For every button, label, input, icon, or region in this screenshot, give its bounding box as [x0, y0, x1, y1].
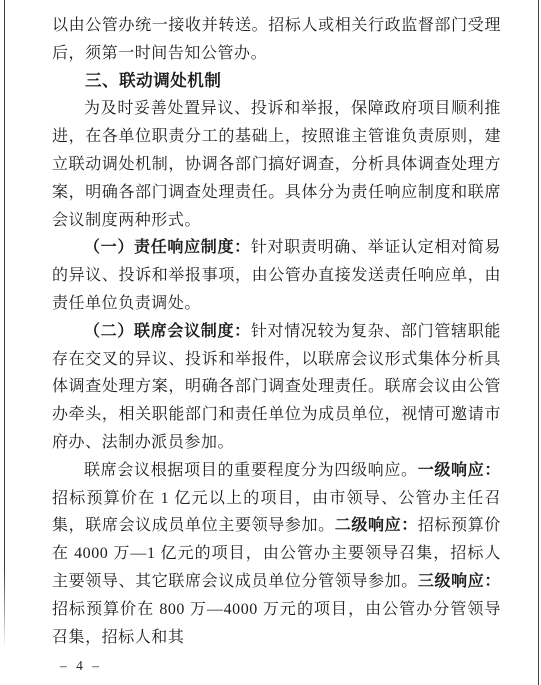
level1-label: 一级响应：: [418, 462, 501, 479]
paragraph-mechanism: 为及时妥善处置异议、投诉和举报，保障政府项目顺利推进，在各单位职责分工的基础上，…: [52, 95, 501, 234]
level3-body: 招标预算价在 800 万—4000 万元的项目，由公管办分管领导召集，招标人和其: [52, 601, 501, 646]
page-number: – 4 –: [60, 658, 102, 674]
paragraph-responsibility-system: （一）责任响应制度：针对职责明确、举证认定相对简易的异议、投诉和举报事项，由公管…: [52, 234, 501, 317]
joint-meeting-system-label: （二）联席会议制度：: [84, 323, 251, 340]
scan-edge-left-line: [4, 0, 5, 648]
responsibility-system-label: （一）责任响应制度：: [84, 239, 251, 256]
response-levels-lead: 联席会议根据项目的重要程度分为四级响应。: [84, 462, 418, 479]
section-heading-text: 三、联动调处机制: [85, 72, 221, 90]
paragraph-response-levels: 联席会议根据项目的重要程度分为四级响应。一级响应：招标预算价在 1 亿元以上的项…: [52, 457, 501, 652]
document-body: 以由公管办统一接收并转送。招标人或相关行政监督部门受理后，须第一时间告知公管办。…: [52, 12, 501, 651]
paragraph-text: 为及时妥善处置异议、投诉和举报，保障政府项目顺利推进，在各单位职责分工的基础上，…: [52, 100, 501, 228]
paragraph-text: 以由公管办统一接收并转送。招标人或相关行政监督部门受理后，须第一时间告知公管办。: [52, 17, 501, 62]
level2-label: 二级响应：: [335, 517, 418, 534]
paragraph-intro-continuation: 以由公管办统一接收并转送。招标人或相关行政监督部门受理后，须第一时间告知公管办。: [52, 12, 501, 68]
scanned-document-page: 以由公管办统一接收并转送。招标人或相关行政监督部门受理后，须第一时间告知公管办。…: [0, 0, 541, 685]
paragraph-joint-meeting-system: （二）联席会议制度：针对情况较为复杂、部门管辖职能存在交叉的异议、投诉和举报件，…: [52, 318, 501, 457]
level3-label: 三级响应：: [418, 573, 501, 590]
section-heading: 三、联动调处机制: [52, 68, 501, 96]
scan-edge-right-line: [538, 0, 539, 685]
paragraph-text: 针对情况较为复杂、部门管辖职能存在交叉的异议、投诉和举报件，以联席会议形式集体分…: [52, 323, 501, 451]
